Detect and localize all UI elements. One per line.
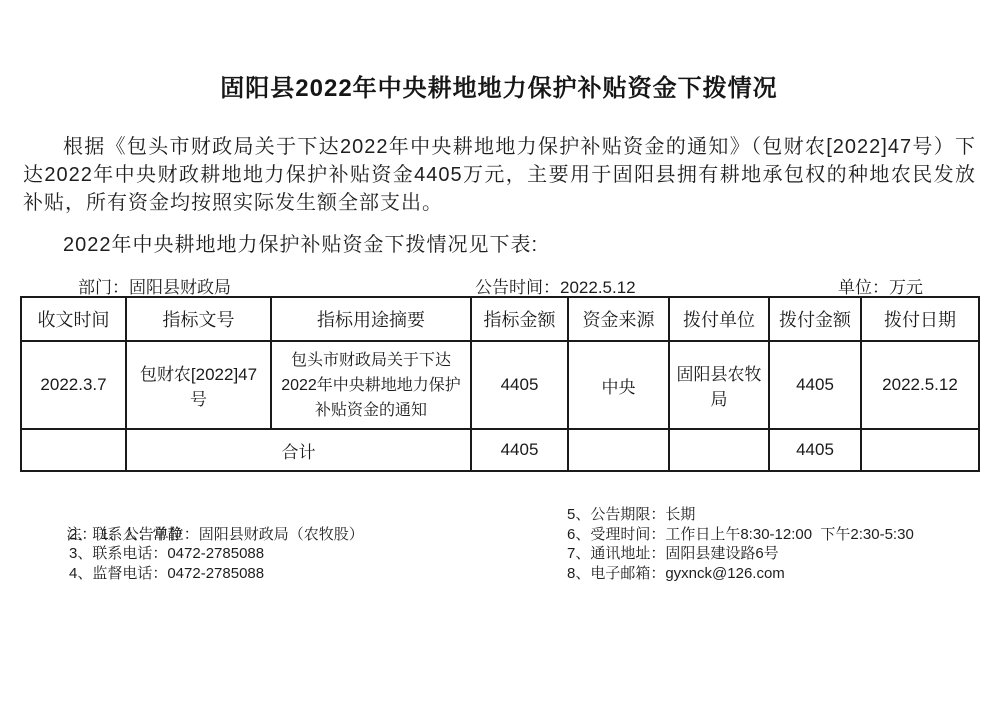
intro-paragraph-2: 2022年中央耕地地力保护补贴资金下拨情况见下表: [23, 231, 976, 259]
note-item-6: 6、受理时间：工作日上午8:30-12:00 下午2:30-5:30 [567, 525, 992, 545]
document-page: 固阳县2022年中央耕地地力保护补贴资金下拨情况 根据《包头市财政局关于下达20… [0, 0, 998, 702]
header-purpose-summary: 指标用途摘要 [271, 297, 471, 341]
note-item-7: 7、通讯地址：固阳县建设路6号 [567, 544, 992, 564]
total-label: 合计 [126, 429, 471, 471]
header-allocated-unit: 拨付单位 [669, 297, 769, 341]
total-empty-receive-date [21, 429, 126, 471]
cell-doc-number: 包财农[2022]47号 [126, 341, 271, 429]
note-item-8: 8、电子邮箱：gyxnck@126.com [567, 564, 992, 584]
header-fund-source: 资金来源 [568, 297, 669, 341]
notes-right-column: 5、公告期限：长期 6、受理时间：工作日上午8:30-12:00 下午2:30-… [567, 505, 992, 583]
table-row: 2022.3.7 包财农[2022]47号 包头市财政局关于下达2022年中央耕… [21, 341, 979, 429]
total-allocated-amount: 4405 [769, 429, 861, 471]
intro-paragraph-1: 根据《包头市财政局关于下达2022年中央耕地地力保护补贴资金的通知》（包财农[2… [23, 133, 976, 217]
cell-receive-date: 2022.3.7 [21, 341, 126, 429]
header-doc-number: 指标文号 [126, 297, 271, 341]
meta-announce-time: 公告时间：2022.5.12 [475, 273, 636, 298]
header-allocated-date: 拨付日期 [861, 297, 979, 341]
cell-allocated-unit: 固阳县农牧局 [669, 341, 769, 429]
cell-allocated-date: 2022.5.12 [861, 341, 979, 429]
header-receive-date: 收文时间 [21, 297, 126, 341]
intro-section: 根据《包头市财政局关于下达2022年中央耕地地力保护补贴资金的通知》（包财农[2… [23, 133, 976, 259]
header-allocated-amount: 拨付金额 [769, 297, 861, 341]
total-empty-allocated-unit [669, 429, 769, 471]
note-item-4: 4、监督电话：0472-2785088 [33, 564, 543, 584]
total-indicator-amount: 4405 [471, 429, 568, 471]
allocation-table: 收文时间 指标文号 指标用途摘要 指标金额 资金来源 拨付单位 拨付金额 拨付日… [20, 296, 980, 472]
cell-allocated-amount: 4405 [769, 341, 861, 429]
table-header-row: 收文时间 指标文号 指标用途摘要 指标金额 资金来源 拨付单位 拨付金额 拨付日… [21, 297, 979, 341]
table-total-row: 合计 4405 4405 [21, 429, 979, 471]
total-empty-allocated-date [861, 429, 979, 471]
meta-unit: 单位：万元 [838, 273, 923, 298]
note-item-5: 5、公告期限：长期 [567, 505, 992, 525]
note-item-3: 3、联系电话：0472-2785088 [33, 544, 543, 564]
table-meta-row: 部门：固阳县财政局 公告时间：2022.5.12 单位：万元 [0, 273, 998, 295]
note-item-1: 注：1、公告单位：固阳县财政局（农牧股） [33, 505, 543, 525]
header-indicator-amount: 指标金额 [471, 297, 568, 341]
notes-left-column: 注：1、公告单位：固阳县财政局（农牧股） 2、联系人：常静 3、联系电话：047… [33, 505, 543, 583]
meta-department: 部门：固阳县财政局 [78, 273, 231, 298]
cell-indicator-amount: 4405 [471, 341, 568, 429]
total-empty-fund-source [568, 429, 669, 471]
cell-purpose-summary: 包头市财政局关于下达2022年中央耕地地力保护补贴资金的通知 [271, 341, 471, 429]
document-title: 固阳县2022年中央耕地地力保护补贴资金下拨情况 [0, 68, 998, 103]
cell-fund-source: 中央 [568, 341, 669, 429]
